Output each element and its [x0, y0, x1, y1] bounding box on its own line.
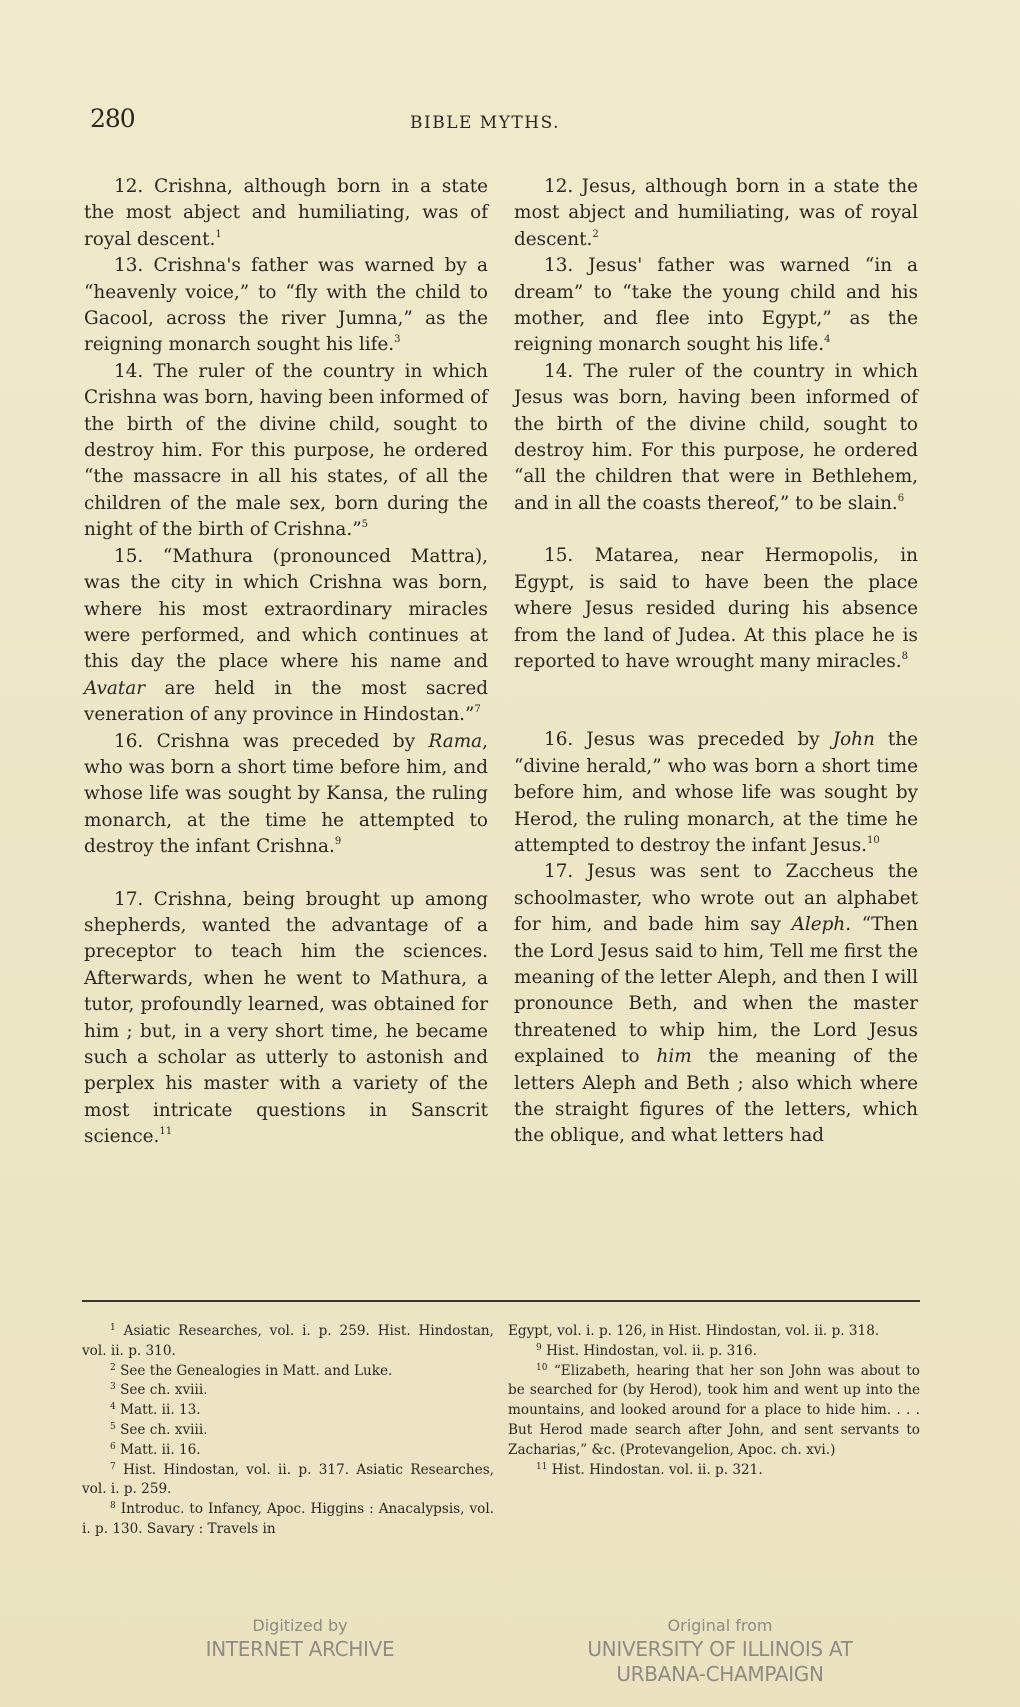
paragraph-14-jesus: 14. The ruler of the country in which Je…: [514, 359, 918, 517]
footnote-number: 4: [110, 1402, 116, 1412]
paragraph-text: 16. Jesus was preceded by: [544, 729, 833, 750]
footnote-text: Matt. ii. 13.: [120, 1402, 201, 1418]
paragraph-text: “Then the Lord Jesus said to him, Tell m…: [514, 914, 918, 1067]
paragraph-text: 12. Jesus, although born in a state the …: [514, 176, 918, 250]
footnote-text: See ch. xviii.: [120, 1422, 207, 1438]
credit-institution: INTERNET ARCHIVE: [120, 1637, 480, 1662]
page-number: 280: [90, 104, 135, 133]
footnote-text: Introduc. to Infancy, Apoc. Higgins : An…: [82, 1501, 494, 1537]
footnote-5: 5 See ch. xviii.: [82, 1421, 494, 1441]
footnote-ref: 10: [867, 835, 880, 846]
original-from-credit: Original from UNIVERSITY OF ILLINOIS AT …: [540, 1615, 900, 1687]
running-head: 280 BIBLE MYTHS.: [90, 104, 940, 134]
digitized-by-credit: Digitized by INTERNET ARCHIVE: [120, 1615, 480, 1662]
footnote-divider: [82, 1300, 500, 1302]
footnote-text: See the Genealogies in Matt. and Luke.: [120, 1363, 392, 1379]
paragraph-12-jesus: 12. Jesus, although born in a state the …: [514, 174, 918, 253]
footnote-number: 8: [110, 1501, 116, 1511]
footnote-ref: 3: [394, 334, 400, 345]
paragraph-12-crishna: 12. Crishna, although born in a state th…: [84, 174, 488, 253]
right-column-jesus: 12. Jesus, although born in a state the …: [514, 174, 918, 1150]
footnote-ref: 11: [159, 1126, 172, 1137]
footnote-ref: 2: [592, 229, 598, 240]
paragraph-17-crishna: 17. Crishna, being brought up among shep…: [84, 887, 488, 1151]
footnote-text: “Elizabeth, hearing that her son John wa…: [508, 1363, 920, 1458]
paragraph-16-jesus: 16. Jesus was preceded by John the “divi…: [514, 727, 918, 859]
footnote-7: 7 Hist. Hindostan, vol. ii. p. 317. Asia…: [82, 1461, 494, 1501]
footnote-8: 8 Introduc. to Infancy, Apoc. Higgins : …: [82, 1500, 494, 1540]
footnote-number: 5: [110, 1422, 116, 1432]
footnote-1: 1 Asiatic Researches, vol. i. p. 259. Hi…: [82, 1322, 494, 1362]
footnote-ref: 4: [824, 334, 830, 345]
paragraph-text: 12. Crishna, although born in a state th…: [84, 176, 488, 250]
footnote-ref: 6: [898, 493, 904, 504]
paragraph-16-crishna: 16. Crishna was preceded by Rama, who wa…: [84, 729, 488, 861]
footnote-number: 11: [536, 1462, 547, 1472]
footnote-4: 4 Matt. ii. 13.: [82, 1401, 494, 1421]
footnote-number: 9: [536, 1343, 542, 1353]
footnote-text: Hist. Hindostan, vol. ii. p. 316.: [546, 1343, 757, 1359]
footnote-ref: 7: [474, 704, 480, 715]
paragraph-15-jesus: 15. Matarea, near Hermopolis, in Egypt, …: [514, 543, 918, 675]
credit-institution-line-2: URBANA-CHAMPAIGN: [540, 1662, 900, 1687]
footnote-2: 2 See the Genealogies in Matt. and Luke.: [82, 1362, 494, 1382]
paragraph-17-jesus: 17. Jesus was sent to Zaccheus the schoo…: [514, 859, 918, 1149]
footnote-ref: 9: [335, 836, 341, 847]
footnote-text: Asiatic Researches, vol. i. p. 259. Hist…: [82, 1323, 494, 1359]
paragraph-14-crishna: 14. The ruler of the country in which Cr…: [84, 359, 488, 544]
paragraph-text: 15. “Mathura (pronounced Mattra), was th…: [84, 546, 488, 673]
credit-label: Digitized by: [120, 1615, 480, 1637]
footnotes-right: Egypt, vol. i. p. 126, in Hist. Hindosta…: [508, 1322, 920, 1480]
italic-term: Aleph.: [792, 914, 852, 935]
footnote-3: 3 See ch. xviii.: [82, 1381, 494, 1401]
paragraph-text: 15. Matarea, near Hermopolis, in Egypt, …: [514, 545, 918, 672]
paragraph-text: 13. Jesus' father was warned “in a dream…: [514, 255, 918, 355]
footnote-number: 3: [110, 1382, 116, 1392]
paragraph-13-jesus: 13. Jesus' father was warned “in a dream…: [514, 253, 918, 359]
paragraph-text: 16. Crishna was preceded by: [114, 731, 429, 752]
book-page: 280 BIBLE MYTHS. 12. Crishna, although b…: [0, 0, 1020, 1707]
footnote-number: 1: [110, 1323, 116, 1333]
paragraph-text: 13. Crishna's father was warned by a “he…: [84, 255, 488, 355]
footnote-text: Hist. Hindostan. vol. ii. p. 321.: [552, 1462, 763, 1478]
italic-term: John: [833, 729, 875, 750]
footnote-number: 10: [536, 1363, 547, 1373]
footnote-ref: 8: [902, 651, 908, 662]
footnotes-left: 1 Asiatic Researches, vol. i. p. 259. Hi…: [82, 1322, 494, 1540]
paragraph-text: 14. The ruler of the country in which Je…: [514, 361, 918, 514]
paragraph-13-crishna: 13. Crishna's father was warned by a “he…: [84, 253, 488, 359]
italic-term: him: [657, 1046, 692, 1067]
running-title: BIBLE MYTHS.: [410, 113, 560, 133]
footnote-number: 6: [110, 1442, 116, 1452]
paragraph-text: 17. Crishna, being brought up among shep…: [84, 889, 488, 1148]
left-column-crishna: 12. Crishna, although born in a state th…: [84, 174, 488, 1151]
footnote-10: 10 “Elizabeth, hearing that her son John…: [508, 1362, 920, 1461]
footnote-text: Hist. Hindostan, vol. ii. p. 317. Asiati…: [82, 1462, 494, 1498]
italic-term: Rama: [429, 731, 483, 752]
footnote-11: 11 Hist. Hindostan. vol. ii. p. 321.: [508, 1461, 920, 1481]
paragraph-text: are held in the most sacred veneration o…: [84, 678, 488, 725]
footnote-ref: 5: [362, 519, 368, 530]
footnote-number: 7: [110, 1462, 116, 1472]
italic-term: Avatar: [84, 678, 145, 699]
footnote-text: Matt. ii. 16.: [120, 1442, 201, 1458]
footnote-6: 6 Matt. ii. 16.: [82, 1441, 494, 1461]
footnote-ref: 1: [215, 229, 221, 240]
paragraph-text: 14. The ruler of the country in which Cr…: [84, 361, 488, 540]
footnote-number: 2: [110, 1363, 116, 1373]
footnote-divider: [500, 1300, 920, 1302]
footnote-8-continuation: Egypt, vol. i. p. 126, in Hist. Hindosta…: [508, 1322, 920, 1342]
credit-institution: UNIVERSITY OF ILLINOIS AT: [540, 1637, 900, 1662]
footnote-9: 9 Hist. Hindostan, vol. ii. p. 316.: [508, 1342, 920, 1362]
footnote-text: See ch. xviii.: [120, 1382, 207, 1398]
credit-label: Original from: [540, 1615, 900, 1637]
paragraph-15-crishna: 15. “Mathura (pronounced Mattra), was th…: [84, 544, 488, 729]
